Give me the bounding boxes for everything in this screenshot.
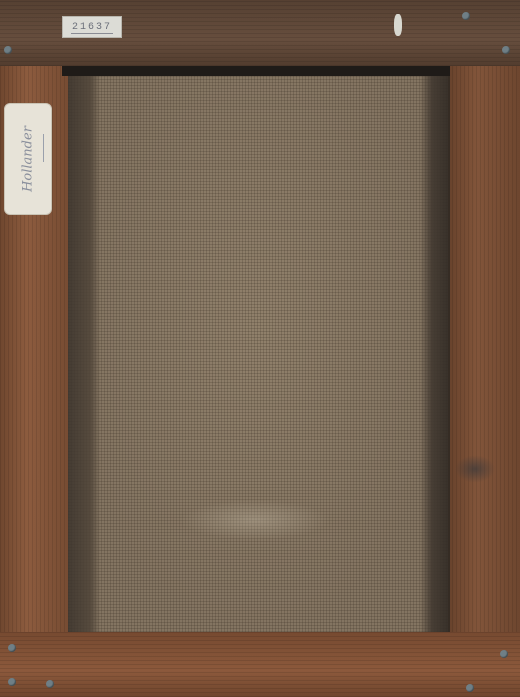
label-underline [71, 33, 113, 34]
nail-head-icon [46, 680, 54, 688]
frame-bottom-rail [0, 632, 520, 697]
frame-gap-shadow [62, 66, 450, 76]
wood-knot [455, 455, 495, 483]
nail-head-icon [8, 678, 16, 686]
nail-head-icon [462, 12, 470, 20]
canvas-right-edge-shadow [420, 76, 450, 632]
nail-head-icon [8, 644, 16, 652]
canvas-stain [180, 500, 330, 540]
nail-head-icon [500, 650, 508, 658]
attribution-text: Hollander [21, 126, 36, 192]
inventory-number-text: 21637 [72, 22, 112, 33]
nail-head-icon [502, 46, 510, 54]
nail-head-icon [466, 684, 474, 692]
frame-right-stile [448, 66, 520, 632]
canvas-left-edge-shadow [68, 76, 100, 632]
inventory-number-label: 21637 [62, 16, 122, 38]
paint-fleck [394, 14, 402, 36]
canvas-reverse [68, 76, 448, 632]
painting-reverse-photo: 21637 Hollander [0, 0, 520, 697]
attribution-underline [43, 134, 44, 162]
nail-head-icon [4, 46, 12, 54]
attribution-label: Hollander [4, 103, 52, 215]
